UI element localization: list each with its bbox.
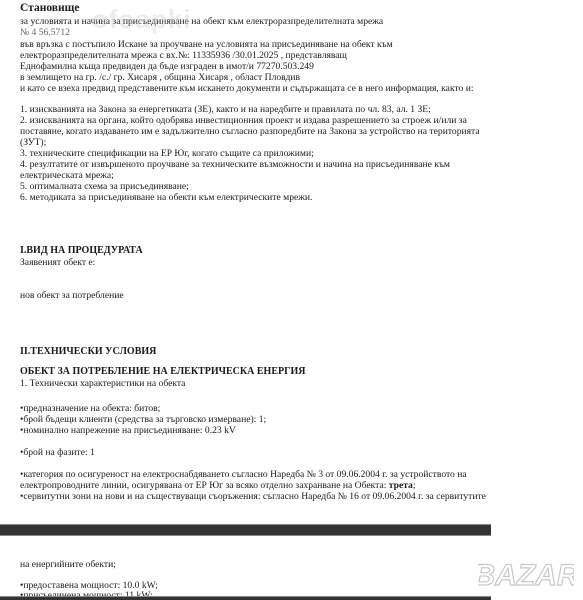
intro-line: във връзка с постъпило Искане за проучва… <box>20 39 393 50</box>
watermark-text: ofoapki <box>92 14 191 25</box>
section2-heading: II.ТЕХНИЧЕСКИ УСЛОВИЯ <box>20 346 156 357</box>
numbered-item: 6. методиката за присъединяване на обект… <box>20 192 312 203</box>
category-value: трета <box>389 480 413 491</box>
bazar-logo-icon: BAZAR <box>478 553 574 593</box>
bullet-item: •номинално напрежение на присъединяване:… <box>20 425 236 436</box>
intro-line: за условията и начина за присъединяване … <box>20 16 383 27</box>
bullet-item: •брой бъдещи клиенти (средства за търгов… <box>20 414 266 425</box>
bullet-servitude: •сервитутни зони на нови и на съществува… <box>20 491 486 502</box>
section2-subtitle: 1. Технически характеристики на обекта <box>20 378 185 389</box>
numbered-item: 4. резултатите от извършеното проучване … <box>20 159 450 170</box>
section1-value: нов обект за потребление <box>20 290 124 301</box>
section1-heading: I.ВИД НА ПРОЦЕДУРАТА <box>20 245 143 256</box>
servitude-continuation: на енергийните обекти; <box>20 559 116 570</box>
document-title: Становище <box>20 3 79 14</box>
category-end: ; <box>413 480 416 491</box>
numbered-item: електрическата мрежа; <box>20 170 114 181</box>
section1-label: Заявеният обект е: <box>20 257 95 268</box>
numbered-item: 2. изискванията на органа, който одобряв… <box>20 115 467 126</box>
bazar-logo-text: BAZAR <box>478 559 574 592</box>
numbered-item: 5. оптималната схема за присъединяване; <box>20 181 189 192</box>
category-continuation: електропроводните линии, осигурявана от … <box>20 480 416 491</box>
section2-subheading: ОБЕКТ ЗА ПОТРЕБЛЕНИЕ НА ЕЛЕКТРИЧЕСКА ЕНЕ… <box>20 366 305 377</box>
page-break-bar <box>0 524 491 536</box>
intro-line: и като се взеха предвид представените къ… <box>20 83 474 94</box>
numbered-item: поставяне, когато издаването им е задълж… <box>20 126 480 137</box>
category-text: електропроводните линии, осигурявана от … <box>20 480 389 491</box>
intro-line: електроразпределителната мрежа с вх.№: 1… <box>20 50 347 61</box>
intro-line: Еднофамилна къща предвиден да бъде изгра… <box>20 61 314 72</box>
numbered-item: 1. изискванията на Закона за енергетикат… <box>20 104 431 115</box>
intro-line: в землището на гр. /с./ гр. Хисаря , общ… <box>20 72 300 83</box>
numbered-item: (ЗУТ); <box>20 137 46 148</box>
bullet-phases: •брой на фазите: 1 <box>20 447 95 458</box>
bullet-item: •предназначение на обекта: битов; <box>20 403 160 414</box>
page-break-bar-bottom <box>0 596 491 600</box>
bullet-category: •категория по осигуреност на електроснаб… <box>20 469 467 480</box>
document-number: № 4 56.5712 <box>20 27 70 38</box>
numbered-item: 3. техническите спецификации на ЕР Юг, к… <box>20 148 314 159</box>
